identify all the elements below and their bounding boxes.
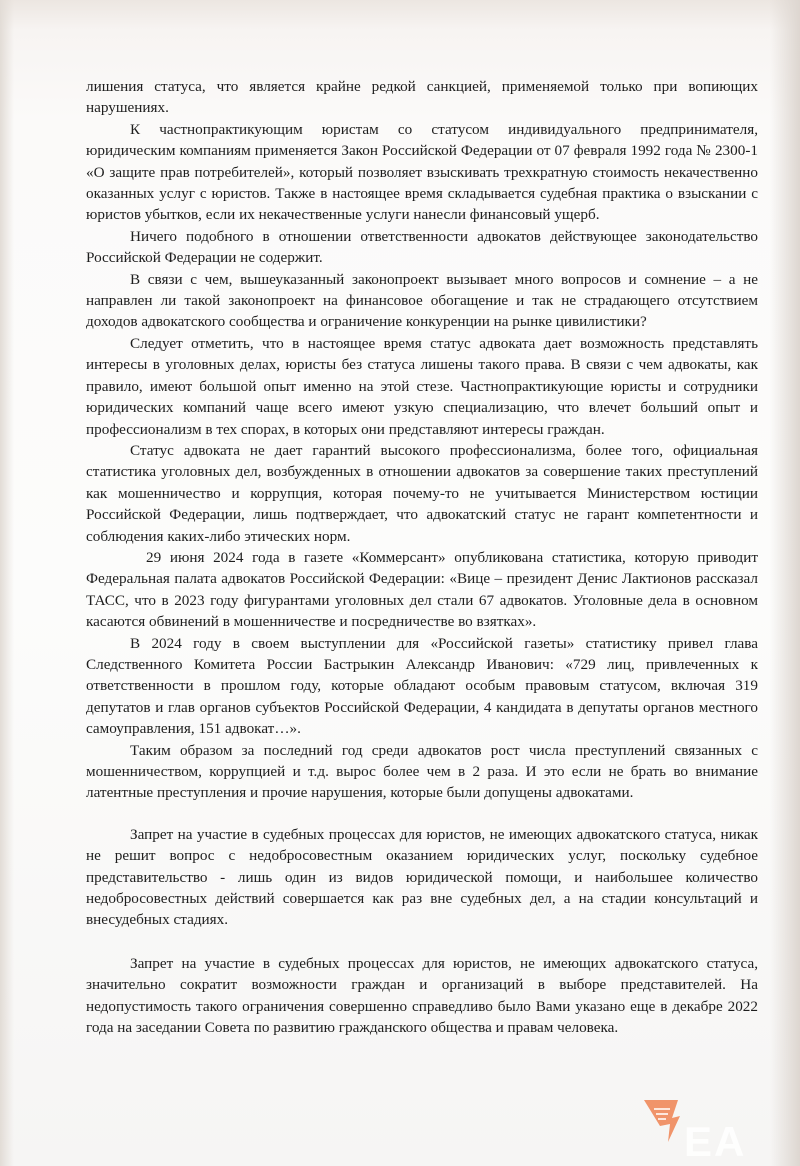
document-page: лишения статуса, что является крайне ред… xyxy=(86,76,758,1038)
paragraph-7: 29 июня 2024 года в газете «Коммерсант» … xyxy=(86,547,758,633)
lightning-shield-logo-icon xyxy=(644,1100,682,1146)
paragraph-9: Таким образом за последний год среди адв… xyxy=(86,740,758,804)
paper-shadow-right xyxy=(770,0,800,1166)
watermark-letters: EA xyxy=(684,1118,746,1166)
paragraph-5: Следует отметить, что в настоящее время … xyxy=(86,333,758,440)
paragraph-10: Запрет на участие в судебных процессах д… xyxy=(86,824,758,931)
paper-shadow-left xyxy=(0,0,14,1166)
paragraph-3: Ничего подобного в отношении ответственн… xyxy=(86,226,758,269)
paragraph-11: Запрет на участие в судебных процессах д… xyxy=(86,953,758,1039)
paragraph-2: К частнопрактикующим юристам со статусом… xyxy=(86,119,758,226)
paragraph-8: В 2024 году в своем выступлении для «Рос… xyxy=(86,633,758,740)
paragraph-6: Статус адвоката не дает гарантий высоког… xyxy=(86,440,758,547)
paragraph-1: лишения статуса, что является крайне ред… xyxy=(86,76,758,119)
watermark-logo: EA xyxy=(644,1100,800,1166)
paragraph-4: В связи с чем, вышеуказанный законопроек… xyxy=(86,269,758,333)
